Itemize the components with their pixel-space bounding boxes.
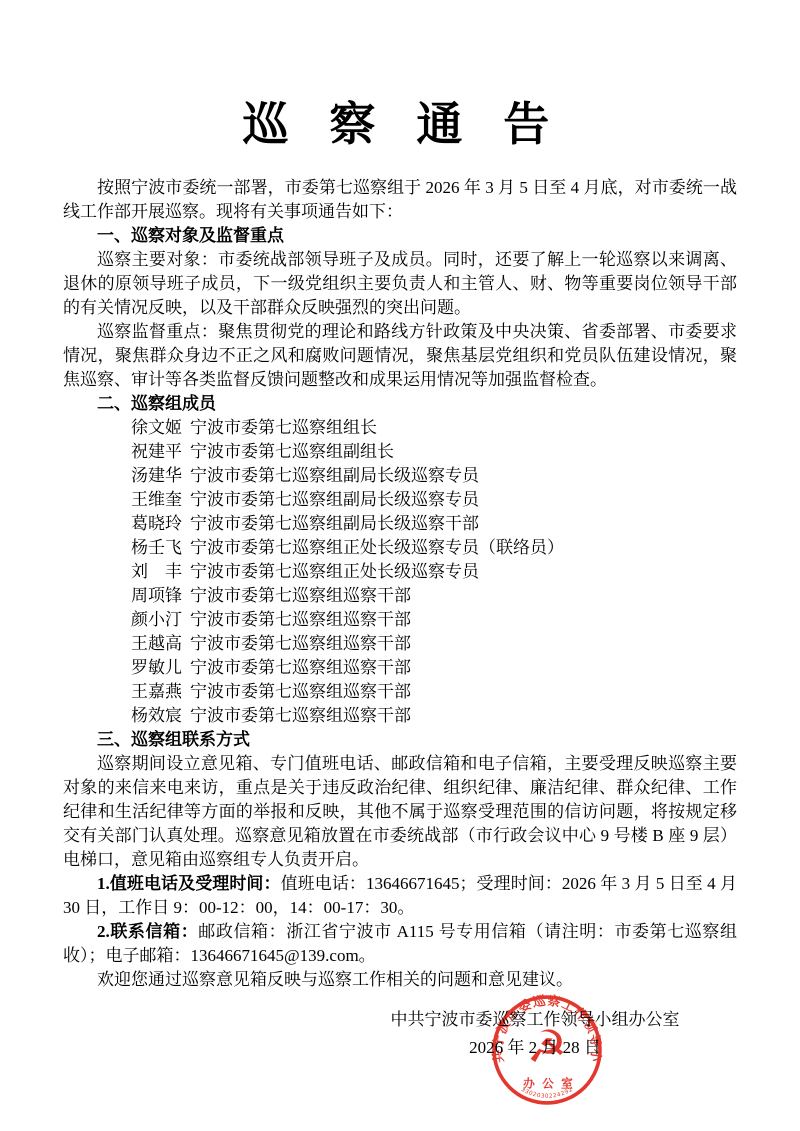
member-role: 宁波市委第七巡察组副局长级巡察干部 (190, 514, 479, 533)
page-title: 巡 察 通 告 (63, 88, 737, 154)
member-role: 宁波市委第七巡察组副局长级巡察专员 (190, 466, 479, 485)
member-role: 宁波市委第七巡察组巡察干部 (190, 634, 411, 653)
intro-paragraph: 按照宁波市委统一部署，市委第七巡察组于 2026 年 3 月 5 日至 4 月底… (63, 176, 737, 224)
seal-serial-number: 3302030224292 (520, 1087, 574, 1100)
member-name: 汤建华 (97, 464, 182, 488)
member-row: 王维奎宁波市委第七巡察组副局长级巡察专员 (63, 488, 737, 512)
member-row: 王越高宁波市委第七巡察组巡察干部 (63, 632, 737, 656)
member-name: 王维奎 (97, 488, 182, 512)
section3-paragraph: 巡察期间设立意见箱、专门值班电话、邮政信箱和电子信箱，主要受理反映巡察主要对象的… (63, 752, 737, 872)
member-name: 罗敏儿 (97, 656, 182, 680)
section2-heading: 二、巡察组成员 (63, 392, 737, 416)
phone-info-line: 1.值班电话及受理时间：值班电话：13646671645；受理时间：2026 年… (63, 872, 737, 920)
member-role: 宁波市委第七巡察组巡察干部 (190, 682, 411, 701)
member-role: 宁波市委第七巡察组正处长级巡察专员 (190, 562, 479, 581)
member-name: 徐文姬 (97, 416, 182, 440)
issuer-name: 中共宁波市委巡察工作领导小组办公室 (391, 1006, 680, 1034)
phone-info-label: 1.值班电话及受理时间： (97, 874, 281, 893)
member-row: 罗敏儿宁波市委第七巡察组巡察干部 (63, 656, 737, 680)
member-name: 杨效宸 (97, 704, 182, 728)
member-row: 颜小汀宁波市委第七巡察组巡察干部 (63, 608, 737, 632)
member-row: 汤建华宁波市委第七巡察组副局长级巡察专员 (63, 464, 737, 488)
member-row: 王嘉燕宁波市委第七巡察组巡察干部 (63, 680, 737, 704)
member-list: 徐文姬宁波市委第七巡察组组长 祝建平宁波市委第七巡察组副组长 汤建华宁波市委第七… (63, 416, 737, 728)
section1-paragraph-targets: 巡察主要对象：市委统战部领导班子及成员。同时，还要了解上一轮巡察以来调离、退休的… (63, 248, 737, 320)
member-role: 宁波市委第七巡察组巡察干部 (190, 610, 411, 629)
member-name: 周项锋 (97, 584, 182, 608)
member-name: 颜小汀 (97, 608, 182, 632)
member-name: 葛晓玲 (97, 512, 182, 536)
member-name: 王越高 (97, 632, 182, 656)
member-role: 宁波市委第七巡察组正处长级巡察专员（联络员） (190, 538, 564, 557)
member-name: 杨壬飞 (97, 536, 182, 560)
seal-center-label: 办 公 室 (523, 1077, 575, 1091)
member-name: 祝建平 (97, 440, 182, 464)
mailbox-info-line: 2.联系信箱：邮政信箱：浙江省宁波市 A115 号专用信箱（请注明：市委第七巡察… (63, 920, 737, 968)
member-row: 祝建平宁波市委第七巡察组副组长 (63, 440, 737, 464)
member-role: 宁波市委第七巡察组副组长 (190, 442, 394, 461)
member-row: 周项锋宁波市委第七巡察组巡察干部 (63, 584, 737, 608)
member-name: 王嘉燕 (97, 680, 182, 704)
svg-text:3302030224292: 3302030224292 (520, 1087, 574, 1100)
section1-heading: 一、巡察对象及监督重点 (63, 224, 737, 248)
member-row: 葛晓玲宁波市委第七巡察组副局长级巡察干部 (63, 512, 737, 536)
member-role: 宁波市委第七巡察组巡察干部 (190, 658, 411, 677)
member-role: 宁波市委第七巡察组组长 (190, 418, 377, 437)
issue-date: 2026 年 2 月 28 日 (469, 1034, 601, 1062)
section3-heading: 三、巡察组联系方式 (63, 728, 737, 752)
member-row: 徐文姬宁波市委第七巡察组组长 (63, 416, 737, 440)
section1-paragraph-focus: 巡察监督重点：聚焦贯彻党的理论和路线方针政策及中央决策、省委部署、市委要求情况，… (63, 320, 737, 392)
closing-line: 欢迎您通过巡察意见箱反映与巡察工作相关的问题和意见建议。 (63, 968, 737, 992)
member-row: 刘 丰宁波市委第七巡察组正处长级巡察专员 (63, 560, 737, 584)
member-role: 宁波市委第七巡察组巡察干部 (190, 586, 411, 605)
member-row: 杨效宸宁波市委第七巡察组巡察干部 (63, 704, 737, 728)
mailbox-info-label: 2.联系信箱： (97, 922, 198, 941)
signature-block: 中共宁波市委巡察工作领导小组办公室 2026 年 2 月 28 日 (365, 1006, 705, 1062)
member-role: 宁波市委第七巡察组巡察干部 (190, 706, 411, 725)
inspection-notice-document: 巡 察 通 告 按照宁波市委统一部署，市委第七巡察组于 2026 年 3 月 5… (0, 0, 800, 1131)
member-role: 宁波市委第七巡察组副局长级巡察专员 (190, 490, 479, 509)
member-name: 刘 丰 (97, 560, 182, 584)
member-row: 杨壬飞宁波市委第七巡察组正处长级巡察专员（联络员） (63, 536, 737, 560)
